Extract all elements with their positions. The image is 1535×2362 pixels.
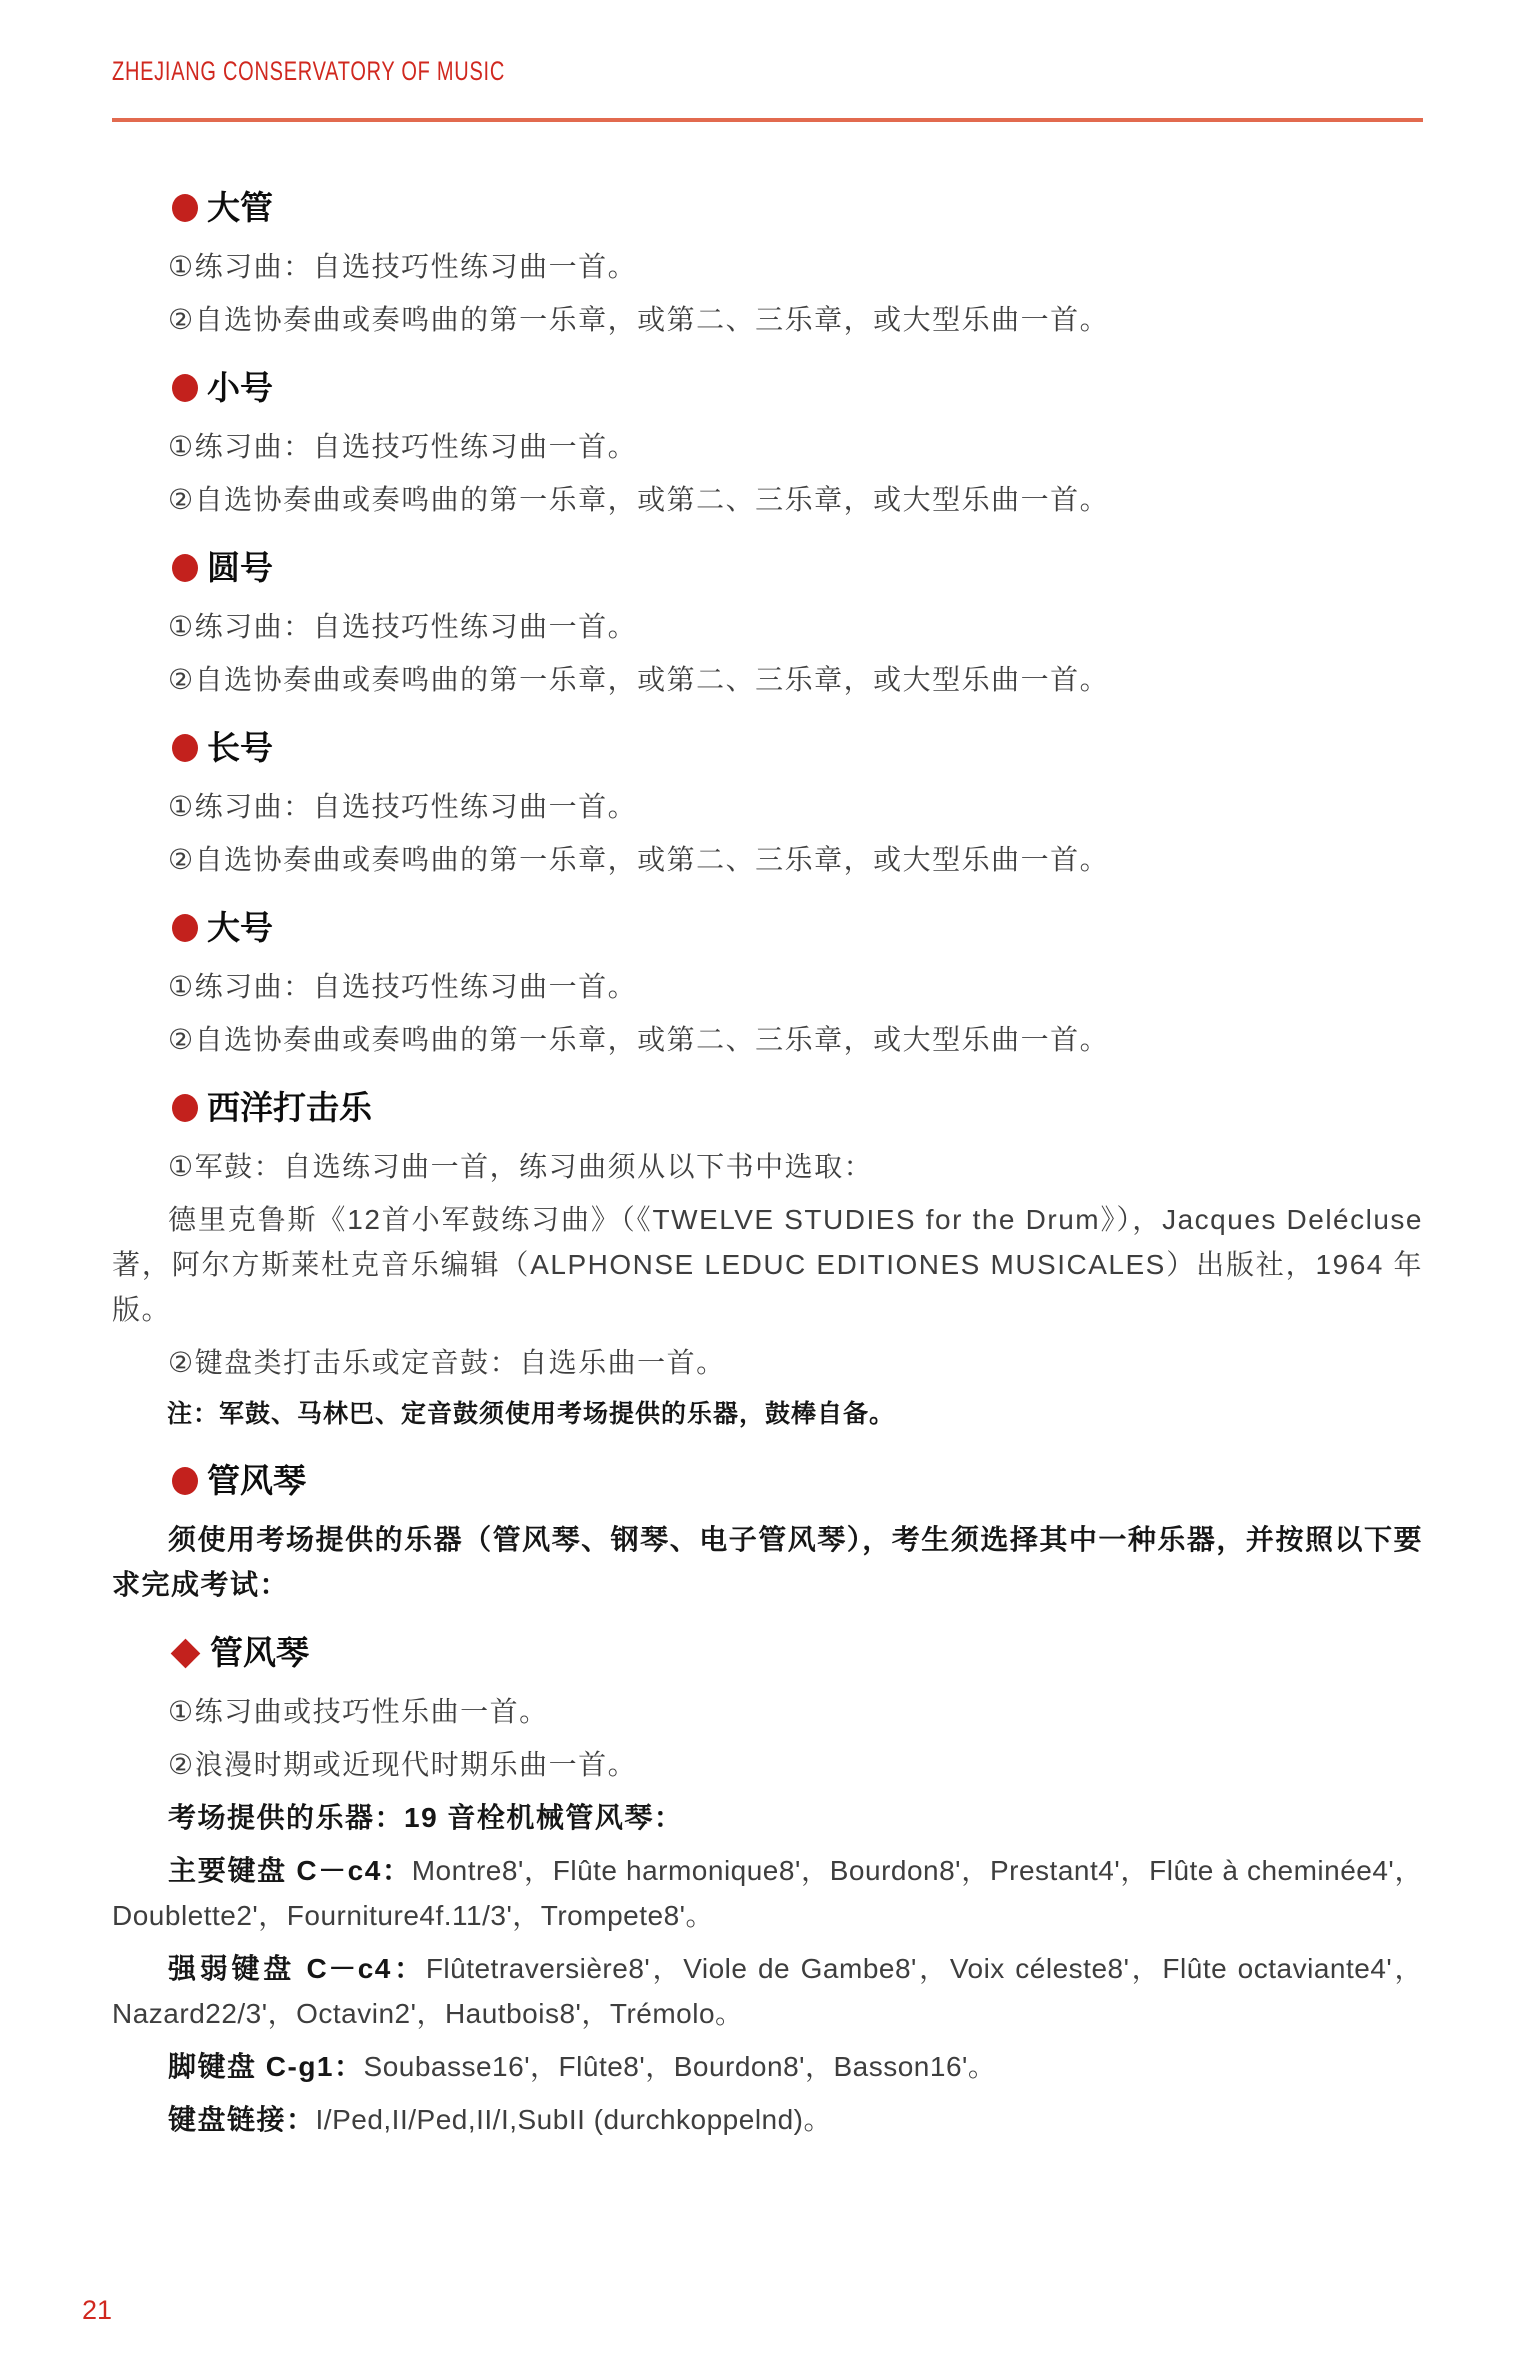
instrument-note: 注：军鼓、马林巴、定音鼓须使用考场提供的乐器，鼓棒自备。 [112,1393,1423,1435]
subsection-organ: 管风琴 ①练习曲或技巧性乐曲一首。 ②浪漫时期或近现代时期乐曲一首。 考场提供的… [112,1631,1423,2142]
section-heading: 大号 [112,906,1423,950]
section-tuba: 大号 ①练习曲：自选技巧性练习曲一首。 ②自选协奏曲或奏鸣曲的第一乐章，或第二、… [112,906,1423,1062]
section-trumpet: 小号 ①练习曲：自选技巧性练习曲一首。 ②自选协奏曲或奏鸣曲的第一乐章，或第二、… [112,366,1423,522]
spec-label: 主要键盘 C－c4： [168,1855,412,1886]
book-reference: 德里克鲁斯《12首小军鼓练习曲》（《TWELVE STUDIES for the… [112,1197,1423,1332]
requirement-item: ①练习曲：自选技巧性练习曲一首。 [112,244,1423,289]
conservatory-header-title: ZHEJIANG CONSERVATORY OF MUSIC [112,54,505,88]
page-header: ZHEJIANG CONSERVATORY OF MUSIC [0,0,1535,88]
section-heading: 西洋打击乐 [112,1086,1423,1130]
document-page: ZHEJIANG CONSERVATORY OF MUSIC 大管 ①练习曲：自… [0,0,1535,2362]
section-horn: 圆号 ①练习曲：自选技巧性练习曲一首。 ②自选协奏曲或奏鸣曲的第一乐章，或第二、… [112,546,1423,702]
section-bassoon: 大管 ①练习曲：自选技巧性练习曲一首。 ②自选协奏曲或奏鸣曲的第一乐章，或第二、… [112,186,1423,342]
section-trombone: 长号 ①练习曲：自选技巧性练习曲一首。 ②自选协奏曲或奏鸣曲的第一乐章，或第二、… [112,726,1423,882]
organ-spec-swell-manual: 强弱键盘 C－c4：Flûtetraversière8'，Viole de Ga… [112,1946,1423,2036]
circle-bullet-icon [172,194,198,222]
requirement-item: ①军鼓：自选练习曲一首，练习曲须从以下书中选取： [112,1144,1423,1189]
requirement-item: ②浪漫时期或近现代时期乐曲一首。 [112,1742,1423,1787]
section-title: 西洋打击乐 [207,1086,372,1130]
section-title: 小号 [207,366,273,410]
spec-label: 键盘链接： [168,2104,316,2135]
section-title: 圆号 [207,546,273,590]
requirement-item: ②自选协奏曲或奏鸣曲的第一乐章，或第二、三乐章，或大型乐曲一首。 [112,837,1423,882]
organ-spec-couplers: 键盘链接：I/Ped,II/Ped,II/I,SubII (durchkoppe… [112,2097,1423,2142]
organ-spec-main-manual: 主要键盘 C－c4：Montre8'，Flûte harmonique8'，Bo… [112,1848,1423,1938]
circle-bullet-icon [172,1094,198,1122]
page-content: 大管 ①练习曲：自选技巧性练习曲一首。 ②自选协奏曲或奏鸣曲的第一乐章，或第二、… [0,122,1535,2142]
section-heading: 长号 [112,726,1423,770]
section-western-percussion: 西洋打击乐 ①军鼓：自选练习曲一首，练习曲须从以下书中选取： 德里克鲁斯《12首… [112,1086,1423,1435]
section-title: 管风琴 [207,1459,306,1503]
spec-stops: I/Ped,II/Ped,II/I,SubII (durchkoppelnd)。 [316,2104,833,2135]
requirement-item: ②自选协奏曲或奏鸣曲的第一乐章，或第二、三乐章，或大型乐曲一首。 [112,477,1423,522]
requirement-item: ②自选协奏曲或奏鸣曲的第一乐章，或第二、三乐章，或大型乐曲一首。 [112,297,1423,342]
requirement-item: ②自选协奏曲或奏鸣曲的第一乐章，或第二、三乐章，或大型乐曲一首。 [112,657,1423,702]
circle-bullet-icon [172,734,198,762]
subsection-title: 管风琴 [210,1631,309,1675]
circle-bullet-icon [172,914,198,942]
organ-spec-pedal: 脚键盘 C-g1：Soubasse16'，Flûte8'，Bourdon8'，B… [112,2044,1423,2089]
section-heading: 圆号 [112,546,1423,590]
section-title: 长号 [207,726,273,770]
section-heading: 小号 [112,366,1423,410]
circle-bullet-icon [172,1467,198,1495]
requirement-item: ②自选协奏曲或奏鸣曲的第一乐章，或第二、三乐章，或大型乐曲一首。 [112,1017,1423,1062]
page-number: 21 [82,2295,112,2326]
organ-intro: 须使用考场提供的乐器（管风琴、钢琴、电子管风琴），考生须选择其中一种乐器，并按照… [112,1517,1423,1607]
spec-label: 脚键盘 C-g1： [168,2051,364,2082]
requirement-item: ①练习曲：自选技巧性练习曲一首。 [112,964,1423,1009]
section-title: 大管 [207,186,273,230]
section-heading: 大管 [112,186,1423,230]
section-title: 大号 [207,906,273,950]
requirement-item: ①练习曲或技巧性乐曲一首。 [112,1689,1423,1734]
section-organ: 管风琴 须使用考场提供的乐器（管风琴、钢琴、电子管风琴），考生须选择其中一种乐器… [112,1459,1423,1607]
spec-label: 强弱键盘 C－c4： [168,1953,426,1984]
requirement-item: ①练习曲：自选技巧性练习曲一首。 [112,604,1423,649]
diamond-bullet-icon [171,1638,201,1668]
subsection-heading: 管风琴 [112,1631,1423,1675]
spec-stops: Soubasse16'，Flûte8'，Bourdon8'，Basson16'。 [364,2051,997,2082]
requirement-item: ①练习曲：自选技巧性练习曲一首。 [112,784,1423,829]
circle-bullet-icon [172,374,198,402]
requirement-item: ②键盘类打击乐或定音鼓：自选乐曲一首。 [112,1340,1423,1385]
circle-bullet-icon [172,554,198,582]
section-heading: 管风琴 [112,1459,1423,1503]
requirement-item: ①练习曲：自选技巧性练习曲一首。 [112,424,1423,469]
provided-instrument-line: 考场提供的乐器：19 音栓机械管风琴： [112,1795,1423,1840]
